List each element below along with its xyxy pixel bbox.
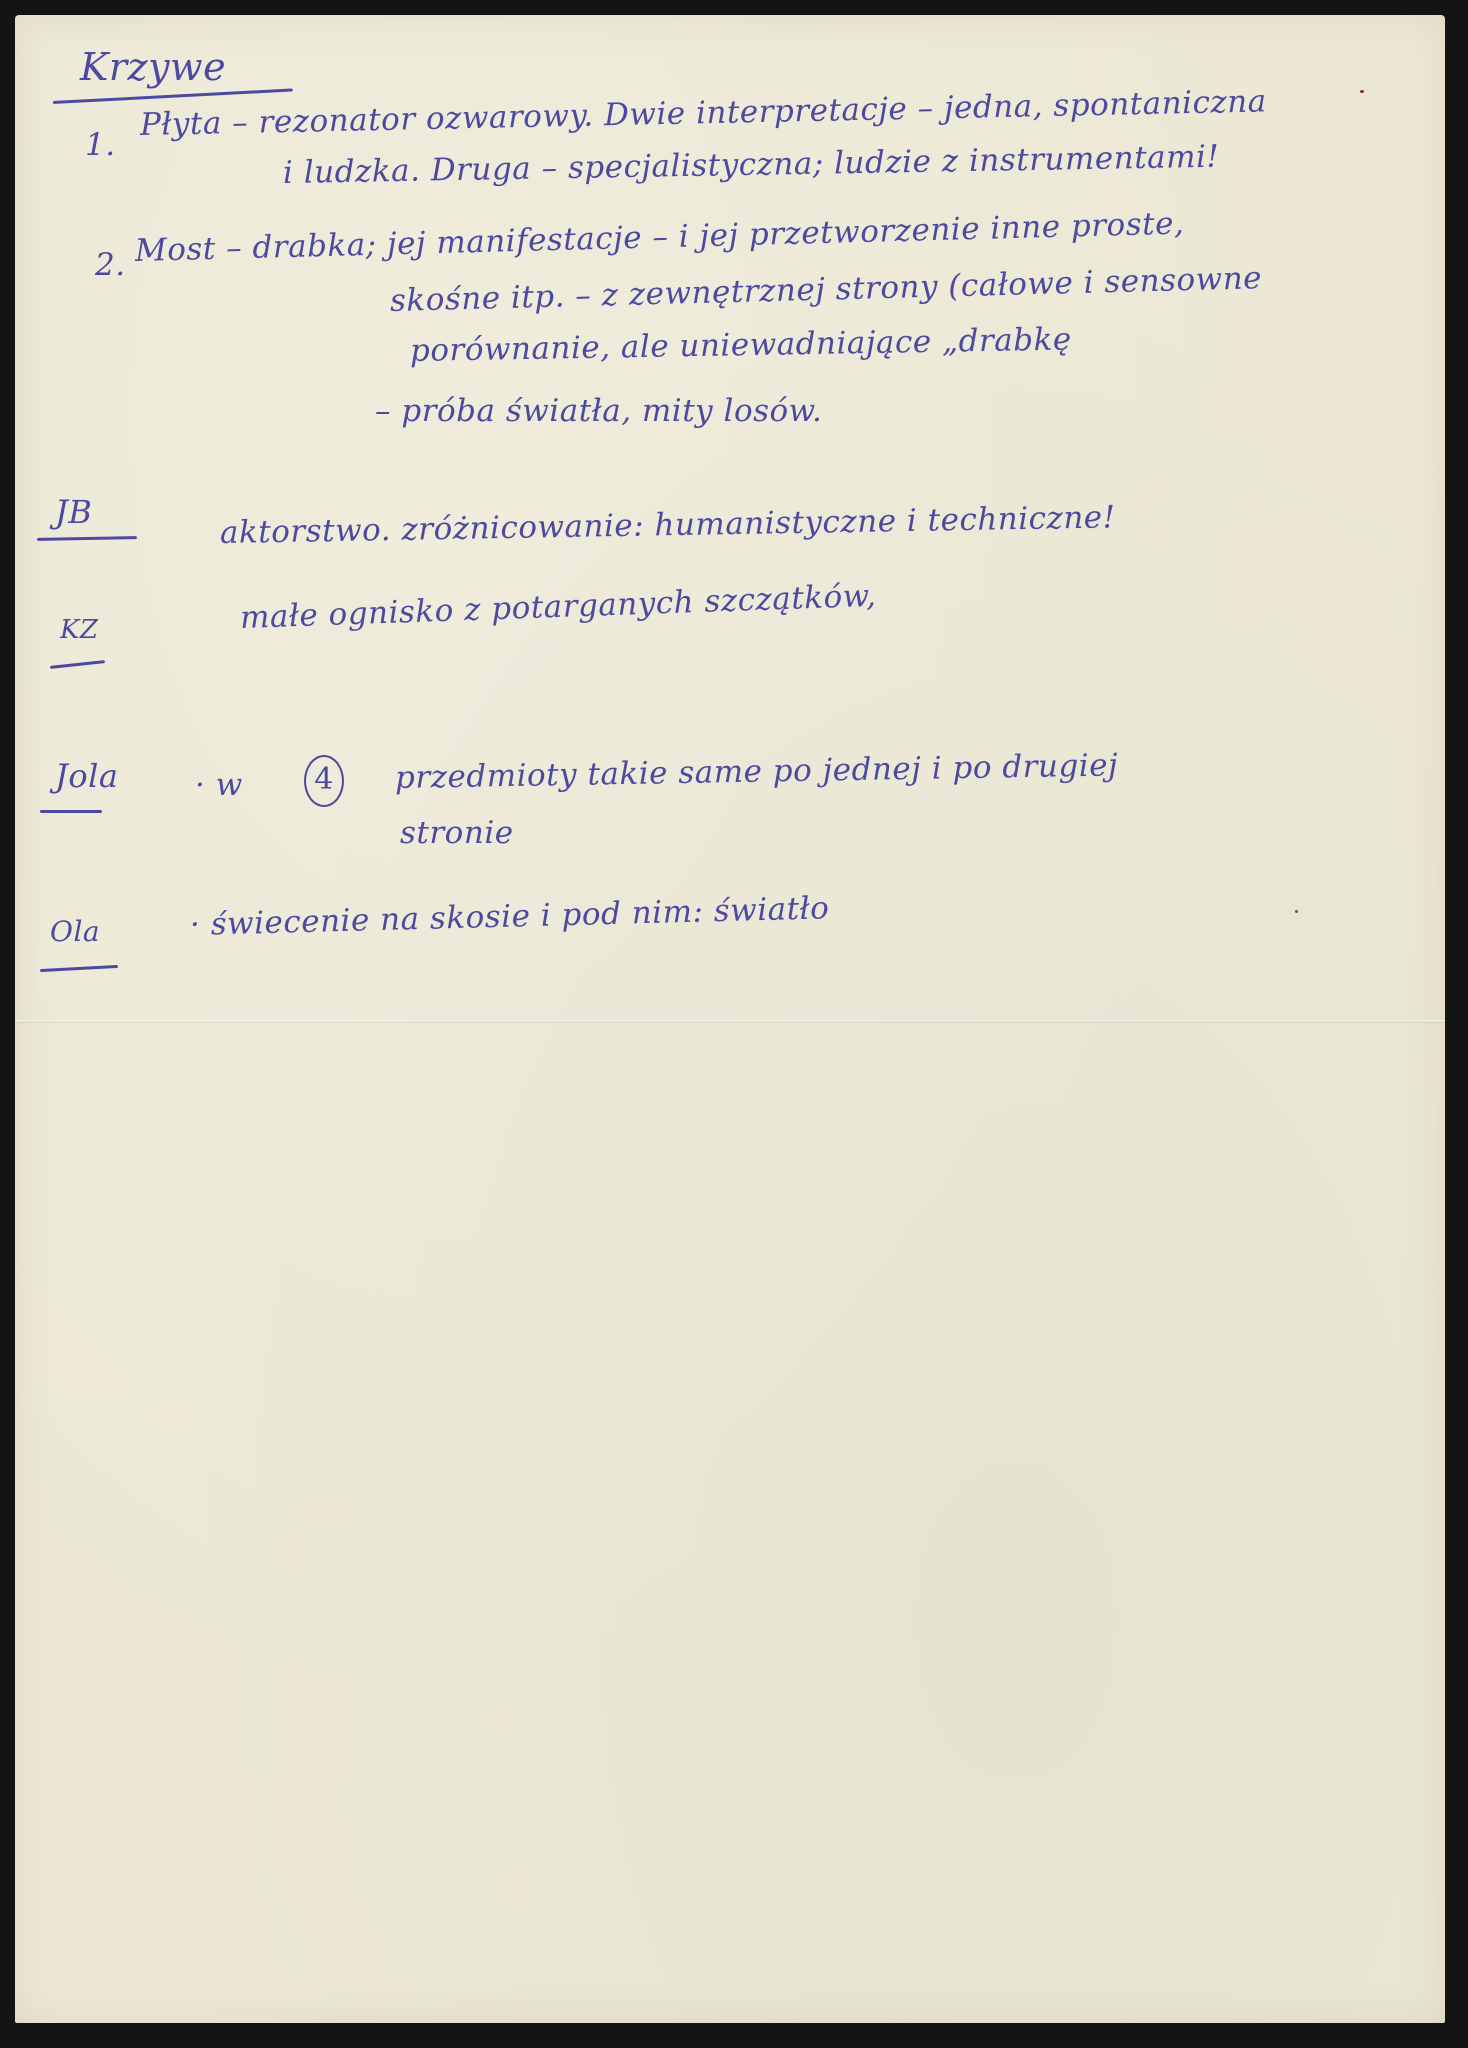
section-1-marker: 1.: [85, 127, 116, 163]
margin-note-jola-text: przedmioty takie same po jednej i po dru…: [395, 747, 1119, 796]
margin-label-jb: JB: [55, 493, 92, 531]
margin-label-kz: KZ: [60, 615, 99, 645]
page-heading: Krzywe: [80, 45, 226, 89]
section-2-line-3: porównanie, ale uniewadniające „drabkę: [410, 321, 1072, 369]
section-1-line-2: i ludzka. Druga – specjalistyczna; ludzi…: [283, 139, 1220, 191]
circled-number: 4: [300, 755, 348, 807]
section-2-line-4: – próba światła, mity losów.: [375, 393, 822, 429]
margin-underline-jb: [37, 536, 137, 541]
circled-number-value: 4: [304, 755, 344, 807]
margin-underline-ola: [40, 965, 118, 972]
margin-label-ola: Ola: [50, 915, 100, 948]
margin-note-jola-continuation: stronie: [400, 815, 514, 851]
heading-underline: [53, 88, 293, 104]
paper-speck: [1295, 910, 1298, 913]
section-2-line-1: Most – drabka; jej manifestacje – i jej …: [135, 206, 1185, 269]
section-1-line-1: Płyta – rezonator ozwarowy. Dwie interpr…: [140, 83, 1267, 143]
section-2-line-2: skośne itp. – z zewnętrznej strony (cało…: [390, 260, 1263, 319]
margin-note-jb-text: aktorstwo. zróżnicowanie: humanistyczne …: [220, 499, 1116, 551]
paper-fold-line: [15, 1020, 1445, 1023]
margin-note-ola-text: · świecenie na skosie i pod nim: światło: [190, 890, 830, 943]
margin-underline-jola: [40, 810, 102, 813]
margin-label-jola: Jola: [55, 757, 118, 795]
paper-speck: [1360, 90, 1364, 93]
section-2-marker: 2.: [95, 247, 126, 283]
margin-underline-kz: [50, 660, 105, 669]
manuscript-page: Krzywe 1. Płyta – rezonator ozwarowy. Dw…: [15, 15, 1445, 2023]
margin-note-kz-text: małe ognisko z potarganych szczątków,: [239, 578, 877, 636]
margin-note-jola-prefix: · w: [195, 767, 243, 803]
